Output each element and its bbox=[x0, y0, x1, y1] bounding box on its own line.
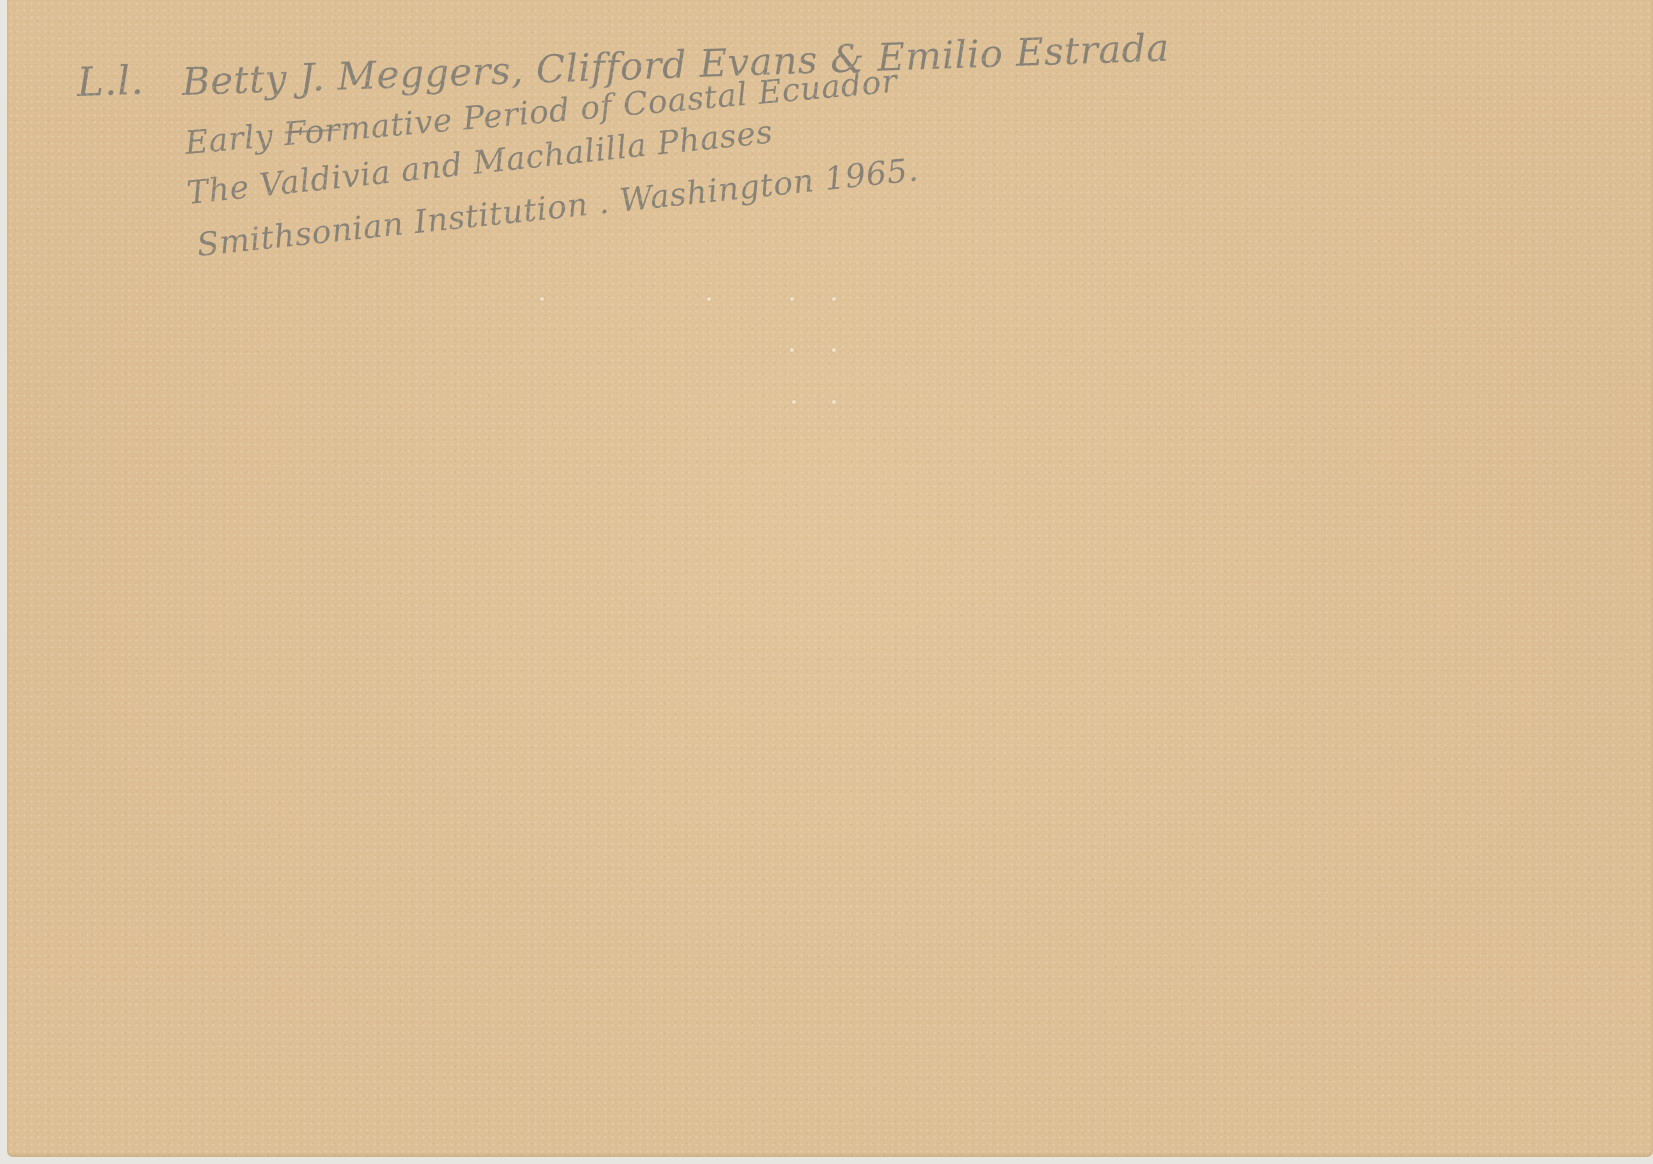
pinhole-mark bbox=[790, 348, 794, 352]
reference-mark: L.l. bbox=[76, 58, 144, 106]
pinhole-mark bbox=[832, 400, 836, 404]
archival-card: L.l. Betty J. Meggers, Clifford Evans & … bbox=[7, 0, 1653, 1157]
pinhole-mark bbox=[790, 297, 794, 301]
pinhole-mark bbox=[832, 297, 836, 301]
pinhole-mark bbox=[832, 348, 836, 352]
pinhole-mark bbox=[707, 297, 711, 301]
pinhole-mark bbox=[792, 400, 796, 404]
pinhole-mark bbox=[540, 297, 544, 301]
scanned-card-page: L.l. Betty J. Meggers, Clifford Evans & … bbox=[0, 0, 1653, 1164]
